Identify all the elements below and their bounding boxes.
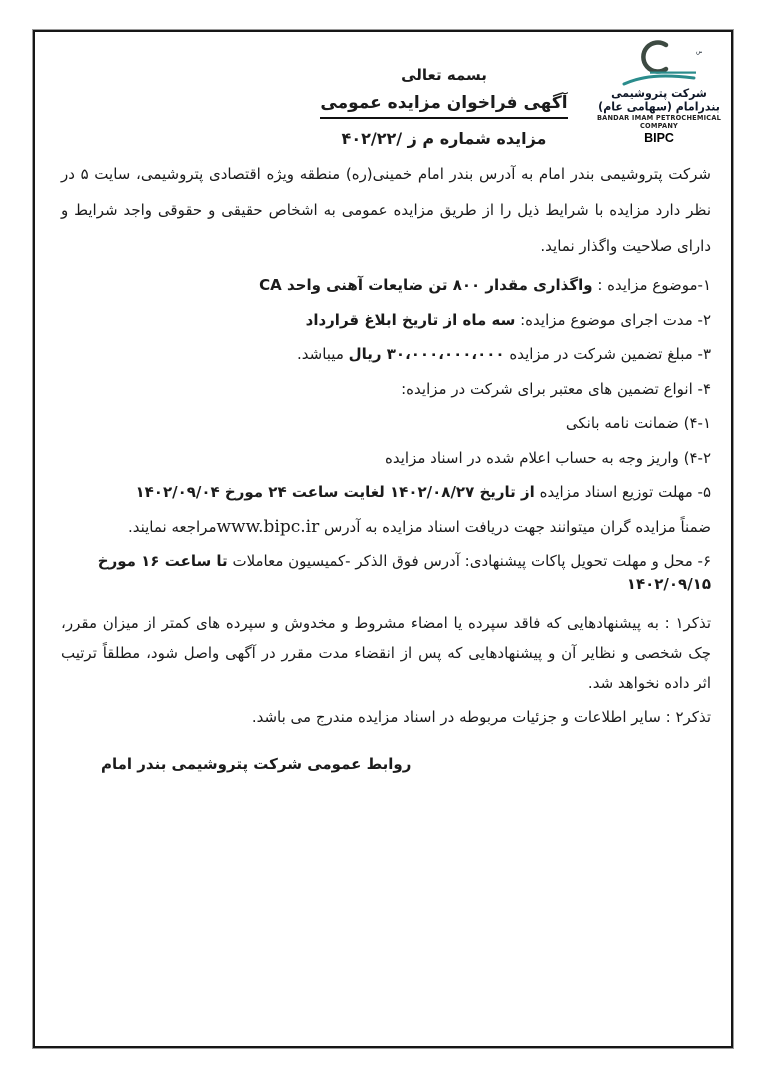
clause-text: ۴-۲) واریز وجه به حساب اعلام شده در اسنا… (385, 449, 711, 467)
public-relations-signature: روابط عمومی شرکت پتروشیمی بندر امام (61, 755, 711, 773)
clause-bold-text: سه ماه از تاریخ ابلاغ قرارداد (306, 311, 516, 329)
document-page: شرکت صنایع پتروشیمی خلیج فارس شرکت پتروش… (33, 30, 733, 1048)
bismillah-line: بسمه تعالی (119, 66, 768, 84)
clause-4-1-bank-guarantee: ۴-۱) ضمانت نامه بانکی (61, 412, 711, 435)
clause-text: ضمناً مزایده گران میتوانند جهت دریافت اس… (319, 518, 711, 536)
document-content: بسمه تعالی آگهی فراخوان مزایده عمومی مزا… (35, 32, 731, 773)
clause-text: میباشد. (297, 345, 349, 363)
clause-text: ۴- انواع تضمین های معتبر برای شرکت در مز… (401, 380, 711, 398)
clause-text: ۱-موضوع مزایده : (593, 276, 711, 294)
page-title: آگهی فراخوان مزایده عمومی (320, 93, 567, 119)
clause-text: ۳- مبلغ تضمین شرکت در مزایده (505, 345, 711, 363)
title-wrap: آگهی فراخوان مزایده عمومی (119, 93, 768, 119)
clause-text: ۲- مدت اجرای موضوع مزایده: (515, 311, 711, 329)
intro-paragraph: شرکت پتروشیمی بندر امام به آدرس بندر اما… (61, 156, 711, 264)
clause-text: ۵- مهلت توزیع اسناد مزایده (535, 483, 711, 501)
clause-4-2-deposit: ۴-۲) واریز وجه به حساب اعلام شده در اسنا… (61, 447, 711, 470)
clause-1-subject: ۱-موضوع مزایده : واگذاری مقدار ۸۰۰ تن ضا… (61, 274, 711, 297)
clause-5-document-distribution: ۵- مهلت توزیع اسناد مزایده از تاریخ ۱۴۰۲… (61, 481, 711, 504)
clause-text: ۴-۱) ضمانت نامه بانکی (566, 414, 711, 432)
clause-2-duration: ۲- مدت اجرای موضوع مزایده: سه ماه از تار… (61, 309, 711, 332)
remark-1: تذکر۱ : به پیشنهادهایی که فاقد سپرده یا … (61, 608, 711, 698)
website-note: ضمناً مزایده گران میتوانند جهت دریافت اس… (61, 516, 711, 539)
clause-bold-text: ۳۰،۰۰۰،۰۰۰،۰۰۰ ریال (349, 345, 505, 363)
clause-bold-text: از تاریخ ۱۴۰۲/۰۸/۲۷ لغایت ساعت ۲۴ مورخ ۱… (136, 483, 535, 501)
clause-text: ۶- محل و مهلت تحویل پاکات پیشنهادی: آدرس… (228, 552, 711, 570)
clause-4-guarantee-types: ۴- انواع تضمین های معتبر برای شرکت در مز… (61, 378, 711, 401)
clause-bold-text: واگذاری مقدار ۸۰۰ تن ضایعات آهنی واحد CA (259, 276, 592, 294)
clause-6-submission-deadline: ۶- محل و مهلت تحویل پاکات پیشنهادی: آدرس… (61, 550, 711, 596)
remark-2: تذکر۲ : سایر اطلاعات و جزئیات مربوطه در … (61, 706, 711, 729)
website-url: www.bipc.ir (217, 517, 320, 537)
clause-3-guarantee-amount: ۳- مبلغ تضمین شرکت در مزایده ۳۰،۰۰۰،۰۰۰،… (61, 343, 711, 366)
clause-text: مراجعه نمایند. (128, 518, 217, 536)
auction-number: مزایده شماره م ز /۴۰۲/۲۲ (119, 129, 768, 148)
logo-group-text: شرکت صنایع پتروشیمی خلیج فارس (696, 48, 702, 55)
document-header: بسمه تعالی آگهی فراخوان مزایده عمومی مزا… (119, 66, 768, 148)
